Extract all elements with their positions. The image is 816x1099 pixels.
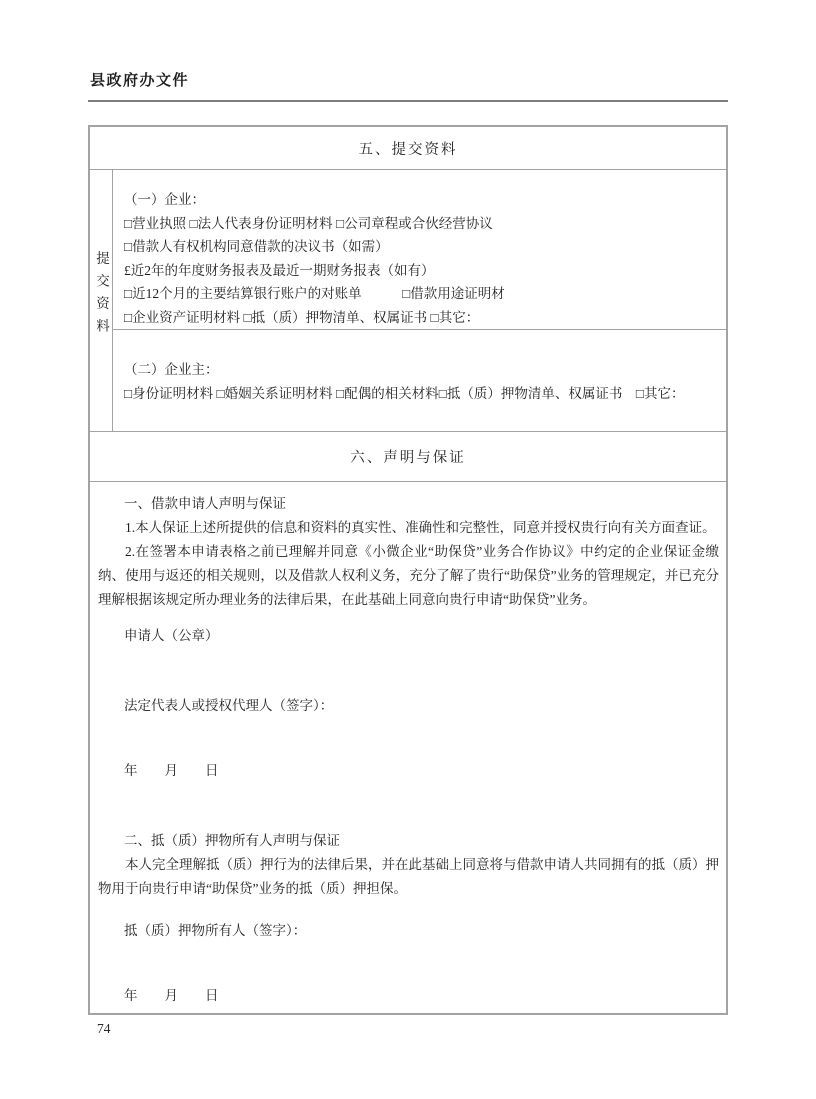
enterprise-heading: （一）企业： <box>124 188 720 212</box>
submit-materials-row-label: 提交资料 <box>90 170 113 431</box>
checklist-line: □借款人有权机构同意借款的决议书（如需） <box>124 235 720 259</box>
checklist-line: □身份证明材料 □婚姻关系证明材料 □配偶的相关材料□抵（质）押物清单、权属证书… <box>124 382 720 406</box>
declaration-part1-item1: 1.本人保证上述所提供的信息和资料的真实性、准确性和完整性，同意并授权贵行向有关… <box>98 516 719 540</box>
checklist-line: £近2年的年度财务报表及最近一期财务报表（如有） <box>124 259 720 283</box>
checklist-line: □营业执照 □法人代表身份证明材料 □公司章程或合伙经营协议 <box>124 212 720 236</box>
declaration-part2-body: 本人完全理解抵（质）押行为的法律后果，并在此基础上同意将与借款申请人共同拥有的抵… <box>98 853 719 901</box>
page-number: 74 <box>97 1021 111 1037</box>
header-rule <box>88 100 728 102</box>
declaration-part1-item2: 2.在签署本申请表格之前已理解并同意《小微企业“助保贷”业务合作协议》中约定的企… <box>98 540 719 612</box>
document-page: 县政府办文件 五、提交资料 提交资料 （一）企业： □营业执照 □法人代表身份证… <box>0 0 816 1099</box>
enterprise-materials-cell: （一）企业： □营业执照 □法人代表身份证明材料 □公司章程或合伙经营协议 □借… <box>113 170 726 330</box>
document-header-title: 县政府办文件 <box>90 69 189 90</box>
declaration-part1-heading: 一、借款申请人声明与保证 <box>124 492 719 516</box>
date-line: 年 月 日 <box>124 984 719 1008</box>
date-line: 年 月 日 <box>124 759 719 783</box>
collateral-owner-signature-line: 抵（质）押物所有人（签字）： <box>124 919 719 943</box>
owner-heading: （二）企业主： <box>124 358 720 382</box>
declaration-cell: 一、借款申请人声明与保证 1.本人保证上述所提供的信息和资料的真实性、准确性和完… <box>90 482 726 1013</box>
submit-materials-row: 提交资料 （一）企业： □营业执照 □法人代表身份证明材料 □公司章程或合伙经营… <box>90 170 726 432</box>
section5-title: 五、提交资料 <box>90 127 726 170</box>
submit-materials-cells: （一）企业： □营业执照 □法人代表身份证明材料 □公司章程或合伙经营协议 □借… <box>113 170 726 431</box>
legal-representative-signature-line: 法定代表人或授权代理人（签字）： <box>124 694 719 718</box>
declaration-part2-heading: 二、抵（质）押物所有人声明与保证 <box>124 829 719 853</box>
owner-materials-cell: （二）企业主： □身份证明材料 □婚姻关系证明材料 □配偶的相关材料□抵（质）押… <box>113 330 726 431</box>
section6-title: 六、声明与保证 <box>90 432 726 482</box>
application-form-table: 五、提交资料 提交资料 （一）企业： □营业执照 □法人代表身份证明材料 □公司… <box>88 125 728 1015</box>
checklist-line: □近12个月的主要结算银行账户的对账单 □借款用途证明材 <box>124 282 720 306</box>
checklist-line: □企业资产证明材料 □抵（质）押物清单、权属证书 □其它： <box>124 306 720 330</box>
applicant-seal-line: 申请人（公章） <box>124 624 719 648</box>
